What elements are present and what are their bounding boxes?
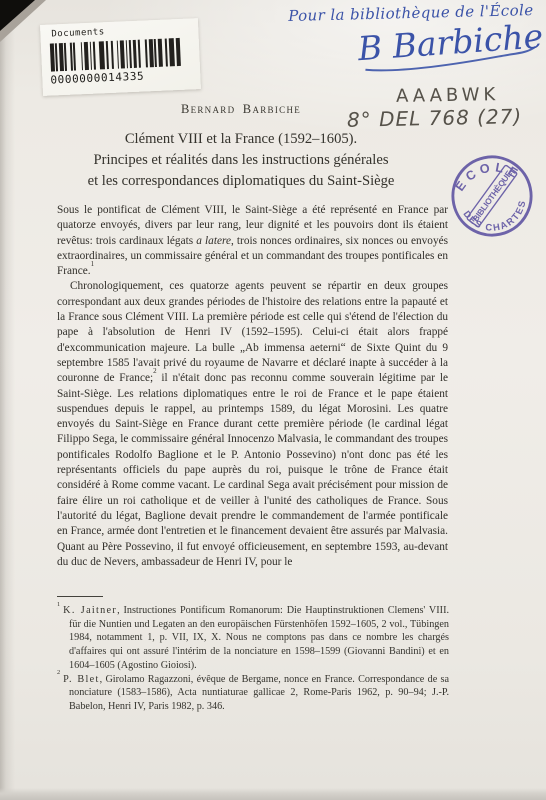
paragraph-text: il n'était donc pas reconnu comme souver… xyxy=(57,372,448,568)
library-stamp: ECOLE DES CHARTES BIBLIOTHÈQUE xyxy=(441,145,543,247)
scanner-bottom-edge xyxy=(0,788,546,800)
barcode-icon xyxy=(50,38,181,72)
article-title: Clément VIII et la France (1592–1605). P… xyxy=(46,129,436,192)
footnote-text: , Girolamo Ragazzoni, évêque de Bergame,… xyxy=(69,674,449,712)
footnote-2: 2P. Blet, Girolamo Ragazzoni, évêque de … xyxy=(57,673,449,714)
scanner-corner-dark xyxy=(0,0,35,31)
footnote-reference-2: 2 xyxy=(153,367,157,375)
article-body: Sous le pontificat de Clément VIII, le S… xyxy=(57,203,448,570)
title-line-1: Clément VIII et la France (1592–1605). xyxy=(46,129,436,150)
title-line-3: et les correspondances diplomatiques du … xyxy=(46,171,436,192)
footnote-author: K. Jaitner xyxy=(63,605,117,616)
barcode-title: Documents xyxy=(51,27,105,39)
paragraph-italic-phrase: a latere xyxy=(196,235,231,247)
footnote-reference-1: 1 xyxy=(91,260,95,268)
footnote-marker-1: 1 xyxy=(57,601,60,608)
footnote-author: P. Blet xyxy=(63,674,99,685)
body-paragraph-1: Sous le pontificat de Clément VIII, le S… xyxy=(57,203,448,279)
title-line-2: Principes et réalités dans les instructi… xyxy=(46,150,436,171)
footnote-text: , Instructiones Pontificum Romanorum: Di… xyxy=(69,605,449,671)
scanned-page: Documents 0000000014335 Pour la biblioth… xyxy=(0,0,546,800)
barcode-number: 0000000014335 xyxy=(50,70,144,87)
footnote-marker-2: 2 xyxy=(57,669,60,676)
footnotes: 1K. Jaitner, Instructiones Pontificum Ro… xyxy=(57,604,449,714)
signature-text: B Barbiche xyxy=(356,16,545,68)
body-paragraph-2: Chronologiquement, ces quatorze agents p… xyxy=(57,279,448,570)
footnote-divider xyxy=(57,596,103,597)
footnote-1: 1K. Jaitner, Instructiones Pontificum Ro… xyxy=(57,604,449,673)
article-author: Bernard Barbiche xyxy=(46,102,436,117)
barcode-sticker: Documents 0000000014335 xyxy=(40,18,201,96)
paragraph-text: Chronologiquement, ces quatorze agents p… xyxy=(57,280,448,384)
